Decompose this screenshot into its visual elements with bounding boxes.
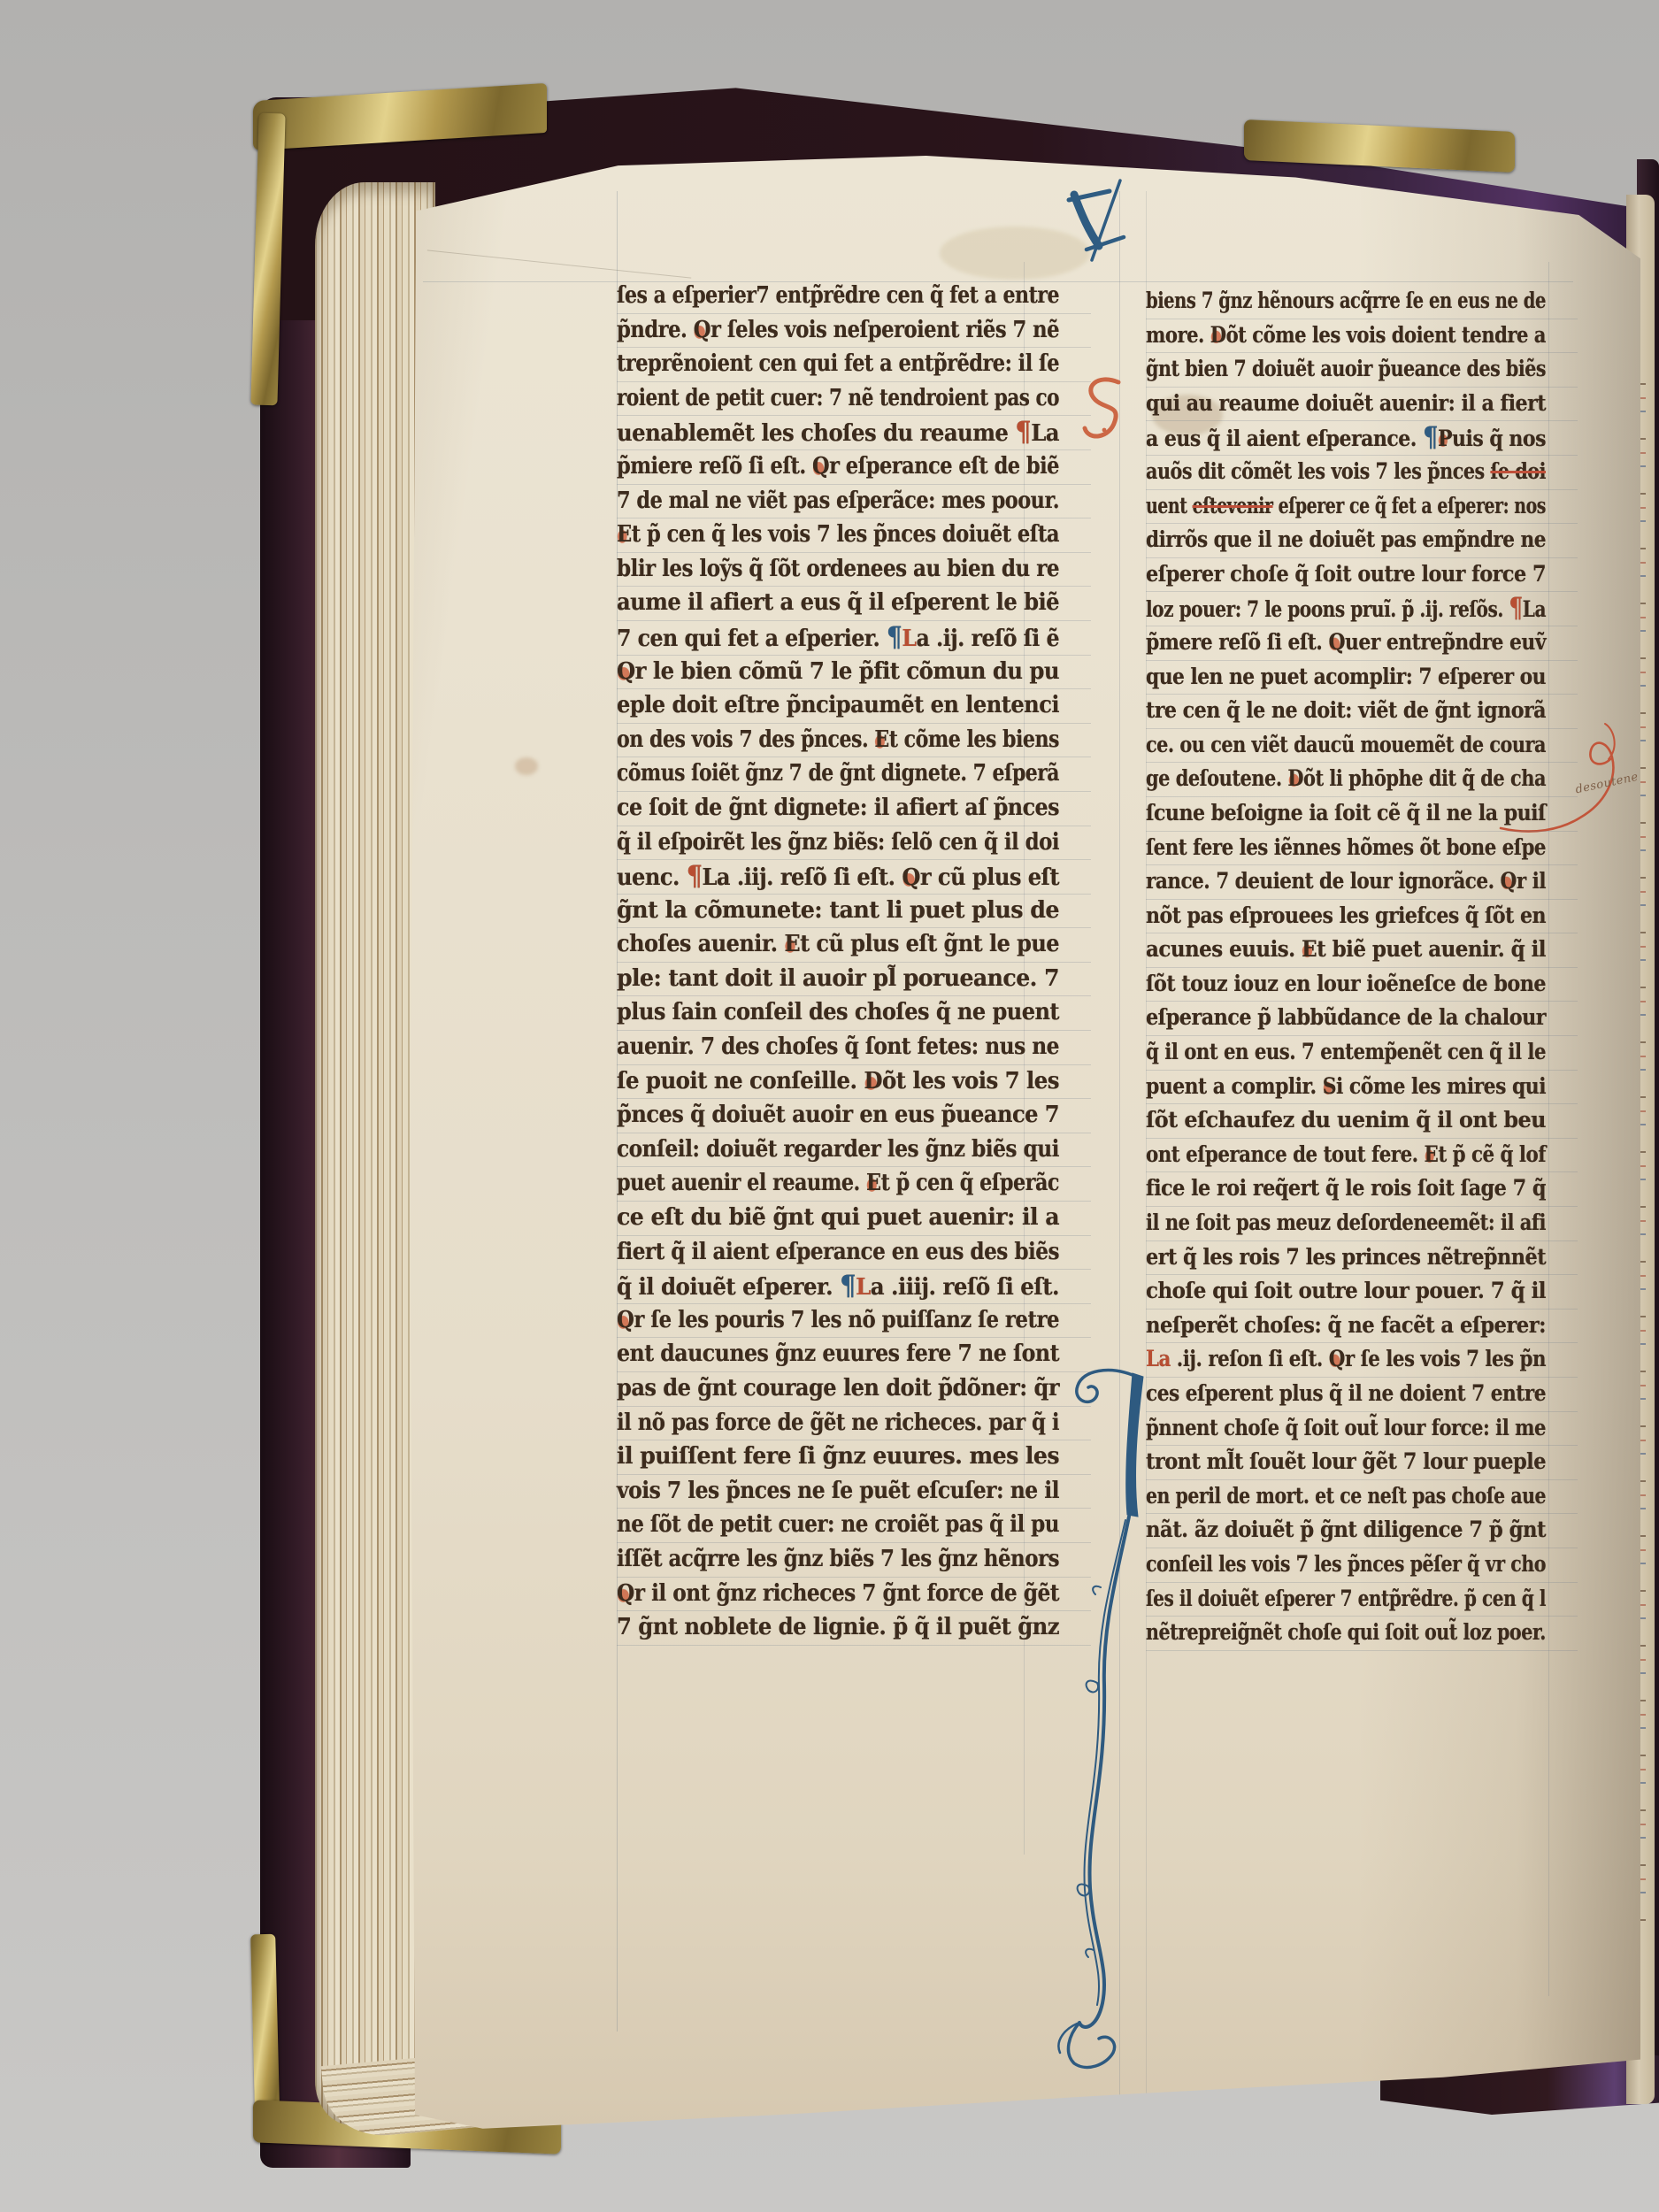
- text-segment: E: [617, 521, 632, 548]
- text-line: p̃miere reſõ ſi eſt. Qr eſperance eſt de…: [617, 450, 1091, 485]
- text-segment: il ne ſoit pas meuz deſordeneemẽt: il af…: [1146, 1210, 1546, 1235]
- text-column-right: biens 7 g̃nz hẽnours acq̃rre ſe en eus n…: [1130, 285, 1594, 1651]
- text-line: nõt pas eſprouees les griefces q̃ ſõt en: [1146, 900, 1578, 934]
- text-segment: La: [1523, 596, 1546, 622]
- text-segment: ſes a eſperier7 entp̃rẽdre cen q̃ fet a …: [617, 282, 1059, 309]
- text-segment: 7 g̃nt noblete de lignie. p̃ q̃ il puẽt …: [617, 1614, 1059, 1640]
- text-line: ſent fere les iẽnnes hõmes õt bone eſpe: [1146, 832, 1578, 866]
- text-segment: il nõ pas force de g̃ẽt ne richeces. par…: [617, 1409, 1059, 1436]
- text-line: ge deſoutene. Dõt li phōphe dit q̃ de ch…: [1146, 763, 1578, 797]
- text-column-left: ſes a eſperier7 entp̃rẽdre cen q̃ fet a …: [601, 280, 1107, 1646]
- text-line: il puiſſent fere ſi g̃nz euures. mes les: [617, 1440, 1091, 1475]
- text-line: plus ſain conſeil des choſes q̃ ne puent: [617, 996, 1091, 1031]
- text-segment: uis q̃ nos: [1452, 426, 1546, 451]
- text-segment: ſes il doiuẽt eſperer 7 entp̃rẽdre. p̃ c…: [1146, 1586, 1546, 1611]
- text-segment: en peril de mort. et ce neſt pas choſe a…: [1146, 1483, 1546, 1509]
- text-segment: ne ſõt de petit cuer: ne croiẽt pas q̃ i…: [617, 1511, 1059, 1538]
- rubric-segment: ¶: [1015, 416, 1031, 448]
- text-segment: 7 cen qui fet a eſperier.: [617, 626, 887, 652]
- text-line: conſeil les vois 7 les p̃nces pẽſer q̃ v…: [1146, 1548, 1578, 1583]
- text-line: ſcune beſoigne ia ſoit cẽ q̃ il ne la pu…: [1146, 797, 1578, 832]
- text-segment: a .ij. reſõ ſi ẽ: [916, 626, 1059, 652]
- text-line: ne ſõt de petit cuer: ne croiẽt pas q̃ i…: [617, 1509, 1091, 1543]
- text-segment: eple doit eſtre p̃ncipaumẽt en lentenci: [617, 692, 1059, 718]
- text-segment: ſe puoit ne conſeille.: [617, 1068, 864, 1094]
- text-segment: r ſeles vois neſperoient riẽs 7 nẽ: [710, 317, 1059, 343]
- text-line: choſes auenir. Et cũ plus eſt g̃nt le pu…: [617, 928, 1091, 963]
- text-line: p̃nces q̃ doiuẽt auoir en eus p̃ueance 7: [617, 1099, 1091, 1133]
- parchment-scratch: [427, 250, 691, 278]
- text-segment: p̃nnent choſe q̃ ſoit out̃ lour force: i…: [1146, 1415, 1546, 1440]
- manuscript-page: V desoutene: [409, 156, 1640, 2131]
- text-line: more. Dõt cõme les vois doient tendre a: [1146, 319, 1578, 354]
- text-line: fiert q̃ il aient eſperance en eus des b…: [617, 1236, 1091, 1271]
- text-segment: puent a complir.: [1146, 1073, 1323, 1099]
- text-segment: loz pouer: 7 le poons pruĩ. p̃ .ij. reſõ…: [1146, 596, 1509, 622]
- text-line: nãt. ãz doiuẽt p̃ g̃nt diligence 7 p̃ g̃…: [1146, 1514, 1578, 1548]
- text-line: qui au reaume doiuẽt auenir: il a fiert: [1146, 388, 1578, 422]
- rubric-segment: ¶: [1423, 421, 1438, 453]
- text-line: p̃nnent choſe q̃ ſoit out̃ lour force: i…: [1146, 1412, 1578, 1447]
- text-segment: E: [1302, 936, 1317, 962]
- text-segment: r cũ plus eſt: [920, 864, 1059, 891]
- text-segment: E: [1425, 1141, 1439, 1167]
- text-segment: nõt pas eſprouees les griefces q̃ ſõt en: [1146, 902, 1546, 928]
- text-segment: choſes auenir.: [617, 931, 784, 957]
- text-line: ple: tant doit il auoir pl̃ porueance. 7: [617, 963, 1091, 997]
- text-line: ſes a eſperier7 entp̃rẽdre cen q̃ fet a …: [617, 280, 1091, 314]
- text-segment: Q: [617, 658, 635, 685]
- text-line: uent eſtevenir eſperer ce q̃ fet a eſper…: [1146, 490, 1578, 525]
- text-segment: puet auenir el reaume.: [617, 1170, 866, 1196]
- text-segment: La .iij. reſõ ſi eſt.: [702, 864, 902, 891]
- text-line: fice le roi req̃ert q̃ le rois ſoit ſage…: [1146, 1172, 1578, 1207]
- text-line: conſeil: doiuẽt regarder les g̃nz biẽs q…: [617, 1133, 1091, 1168]
- text-segment: uenablemẽt les choſes du reaume: [617, 420, 1015, 447]
- text-segment: a eus q̃ il aient eſperance.: [1146, 426, 1423, 451]
- text-line: uenablemẽt les choſes du reaume ¶La: [617, 416, 1091, 450]
- text-line: treprẽnoient cen qui fet a entp̃rẽdre: i…: [617, 348, 1091, 382]
- text-segment: D: [1287, 765, 1303, 791]
- text-line: Et p̃ cen q̃ les vois 7 les p̃nces doiuẽ…: [617, 518, 1091, 553]
- text-segment: qui au reaume doiuẽt auenir: il a fiert: [1146, 390, 1546, 416]
- text-line: eſperer choſe q̃ ſoit outre lour force 7: [1146, 558, 1578, 593]
- text-line: p̃mere reſõ ſi eſt. Quer entrep̃ndre euṽ: [1146, 626, 1578, 661]
- text-segment: p̃mere reſõ ſi eſt.: [1146, 629, 1329, 655]
- text-segment: r il: [1517, 868, 1546, 894]
- text-segment: E: [784, 931, 800, 957]
- text-segment: 7 de mal ne viẽt pas eſperãce: mes poour…: [617, 488, 1059, 514]
- text-line: 7 de mal ne viẽt pas eſperãce: mes poour…: [617, 485, 1091, 519]
- text-line: eſperance p̃ labbũdance de la chalour: [1146, 1002, 1578, 1036]
- text-segment: ſõt eſchaufez du uenim q̃ il ont beu: [1146, 1107, 1546, 1133]
- text-segment: t p̃ cẽ q̃ lof: [1438, 1141, 1546, 1167]
- text-line: auenir. 7 des choſes q̃ ſont fetes: nus …: [617, 1031, 1091, 1065]
- parchment-stain: [515, 757, 538, 775]
- text-line: tront ml̃t ſouẽt lour g̃ẽt 7 lour pueple: [1146, 1446, 1578, 1480]
- text-segment: ce ſoit de g̃nt dignete: il afiert aſ p̃…: [617, 795, 1059, 821]
- text-segment: vois 7 les p̃nces ne ſe puẽt eſcuſer: ne…: [617, 1478, 1059, 1504]
- text-segment: nẽtrepreig̃nẽt choſe qui ſoit out̃ loz p…: [1146, 1619, 1546, 1645]
- text-segment: g̃nt la cõmunete: tant li puet plus de: [617, 897, 1059, 924]
- text-line: uenc. ¶La .iij. reſõ ſi eſt. Qr cũ plus …: [617, 860, 1091, 895]
- text-segment: r il ont g̃nz richeces 7 g̃nt force de g…: [634, 1580, 1059, 1607]
- text-segment: ſe doi: [1490, 458, 1546, 484]
- text-segment: ſent fere les iẽnnes hõmes õt bone eſpe: [1146, 834, 1546, 860]
- text-segment: auenir. 7 des choſes q̃ ſont fetes: nus …: [617, 1033, 1059, 1060]
- text-segment: Q: [617, 1580, 634, 1607]
- rubric-segment: La: [1146, 1346, 1171, 1371]
- text-segment: p̃ndre.: [617, 317, 694, 343]
- text-segment: i cõme les mires qui: [1336, 1073, 1546, 1099]
- text-line: vois 7 les p̃nces ne ſe puẽt eſcuſer: ne…: [617, 1475, 1091, 1509]
- text-line: Qr ſe les pouris 7 les nõ puiſſanz ſe re…: [617, 1304, 1091, 1339]
- text-segment: D: [864, 1068, 882, 1094]
- text-segment: rance. 7 deuient de lour ignorãce.: [1146, 868, 1501, 894]
- text-line: on des vois 7 des p̃nces. Et cõme les bi…: [617, 724, 1091, 758]
- text-line: neſperẽt choſes: q̃ ne facẽt a eſperer:: [1146, 1310, 1578, 1344]
- text-line: ce. ou cen viẽt daucũ mouemẽt de coura: [1146, 729, 1578, 764]
- text-segment: il puiſſent fere ſi g̃nz euures. mes les: [617, 1443, 1059, 1470]
- text-line: ent daucunes g̃nz euures fere 7 ne ſont: [617, 1338, 1091, 1372]
- text-line: il ne ſoit pas meuz deſordeneemẽt: il af…: [1146, 1207, 1578, 1241]
- text-segment: blir les loỹs q̃ ſõt ordenees au bien du…: [617, 556, 1059, 582]
- text-segment: r eſperance eſt de biẽ: [829, 453, 1059, 480]
- text-segment: ce. ou cen viẽt daucũ mouemẽt de coura: [1146, 732, 1546, 757]
- text-segment: Q: [812, 453, 829, 480]
- text-segment: fiert q̃ il aient eſperance en eus des b…: [617, 1239, 1059, 1265]
- text-segment: .ij. reſon ſi eſt.: [1171, 1346, 1329, 1371]
- text-segment: auõs dit cõmẽt les vois 7 les p̃nces: [1146, 458, 1490, 484]
- text-line: g̃nt bien 7 doiuẽt auoir p̃ueance des bi…: [1146, 353, 1578, 388]
- text-line: en peril de mort. et ce neſt pas choſe a…: [1146, 1480, 1578, 1515]
- text-segment: õt li phōphe dit q̃ de cha: [1303, 765, 1546, 791]
- text-line: 7 cen qui fet a eſperier. ¶La .ij. reſõ …: [617, 621, 1091, 656]
- text-segment: ple: tant doit il auoir pl̃ porueance. 7: [617, 965, 1059, 992]
- text-segment: eſperer ce q̃ fet a eſperer: nos: [1272, 493, 1546, 518]
- text-segment: p̃nces q̃ doiuẽt auoir en eus p̃ueance 7: [617, 1102, 1059, 1128]
- text-line: ſe puoit ne conſeille. Dõt les vois 7 le…: [617, 1065, 1091, 1100]
- text-line: puent a complir. Si cõme les mires qui: [1146, 1071, 1578, 1105]
- rubric-segment: L: [902, 626, 916, 652]
- text-segment: t p̃ cen q̃ les vois 7 les p̃nces doiuẽt…: [632, 521, 1059, 548]
- text-segment: biens 7 g̃nz hẽnours acq̃rre ſe en eus n…: [1146, 288, 1546, 313]
- folio-number-numeral: [1065, 179, 1129, 271]
- text-line: 7 g̃nt noblete de lignie. p̃ q̃ il puẽt …: [617, 1611, 1091, 1646]
- photo-of-manuscript: V desoutene: [0, 0, 1659, 2212]
- text-segment: tront ml̃t ſouẽt lour g̃ẽt 7 lour pueple: [1146, 1448, 1546, 1474]
- text-segment: acunes euuis.: [1146, 936, 1302, 962]
- text-segment: que len ne puet acomplir: 7 eſperer ou: [1146, 664, 1546, 689]
- text-segment: uenc.: [617, 864, 687, 891]
- text-segment: conſeil: doiuẽt regarder les g̃nz biẽs q…: [617, 1136, 1059, 1163]
- rubric-segment: ¶: [687, 860, 703, 892]
- text-segment: eſperer choſe q̃ ſoit outre lour force 7: [1146, 561, 1546, 587]
- text-segment: iſſẽt acq̃rre les g̃nz biẽs 7 les g̃nz h…: [617, 1546, 1059, 1572]
- text-line: p̃ndre. Qr ſeles vois neſperoient riẽs 7…: [617, 314, 1091, 349]
- rubric-segment: ¶: [887, 621, 902, 653]
- text-line: ont eſperance de tout fere. Et p̃ cẽ q̃ …: [1146, 1139, 1578, 1173]
- text-segment: õt cõme les vois doient tendre a: [1226, 322, 1546, 348]
- text-line: acunes euuis. Et biẽ puet auenir. q̃ il: [1146, 933, 1578, 968]
- text-line: ſes il doiuẽt eſperer 7 entp̃rẽdre. p̃ c…: [1146, 1583, 1578, 1617]
- text-segment: t cõme les biens: [889, 726, 1059, 753]
- text-line: choſe qui ſoit outre lour pouer. 7 q̃ il: [1146, 1275, 1578, 1310]
- text-line: La .ij. reſon ſi eſt. Qr ſe les vois 7 l…: [1146, 1343, 1578, 1378]
- text-segment: fice le roi req̃ert q̃ le rois ſoit ſage…: [1146, 1175, 1546, 1201]
- rubric-segment: ¶: [1509, 592, 1522, 624]
- text-segment: E: [866, 1170, 881, 1196]
- text-line: il nõ pas force de g̃ẽt ne richeces. par…: [617, 1407, 1091, 1441]
- text-line: Qr le bien cõmũ 7 le p̃fit cõmun du pu: [617, 656, 1091, 690]
- text-segment: La: [1031, 420, 1059, 447]
- text-segment: aume il afiert a eus q̃ il eſperent le b…: [617, 589, 1059, 616]
- text-segment: neſperẽt choſes: q̃ ne facẽt a eſperer:: [1146, 1312, 1546, 1338]
- text-segment: q̃ il eſpoirẽt les g̃nz biẽs: ſelõ cen q…: [617, 829, 1059, 856]
- rubric-segment: L: [856, 1274, 871, 1301]
- text-segment: Q: [1501, 868, 1517, 894]
- text-segment: t cũ plus eſt g̃nt le pue: [800, 931, 1059, 957]
- text-line: pas de g̃nt courage len doit p̃dõner: q̃…: [617, 1372, 1091, 1407]
- text-segment: r le bien cõmũ 7 le p̃fit cõmun du pu: [635, 658, 1059, 685]
- text-segment: cõmus ſoiẽt g̃nz 7 de g̃nt dignete. 7 eſ…: [617, 760, 1059, 787]
- text-segment: ſõt touz iouz en lour ioẽneſce de bone: [1146, 971, 1546, 996]
- text-segment: uer entrep̃ndre euṽ: [1345, 629, 1546, 655]
- text-segment: r ſe les vois 7 les p̃n: [1345, 1346, 1546, 1371]
- text-line: ce ſoit de g̃nt dignete: il afiert aſ p̃…: [617, 792, 1091, 826]
- text-segment: q̃ il ont en eus. 7 entemp̃enẽt cen q̃ i…: [1146, 1039, 1546, 1064]
- text-segment: Q: [694, 317, 710, 343]
- text-line: q̃ il eſpoirẽt les g̃nz biẽs: ſelõ cen q…: [617, 826, 1091, 861]
- text-line: cõmus ſoiẽt g̃nz 7 de g̃nt dignete. 7 eſ…: [617, 757, 1091, 792]
- text-segment: r ſe les pouris 7 les nõ puiſſanz ſe ret…: [634, 1307, 1059, 1333]
- text-segment: t p̃ cen q̃ eſperãc: [881, 1170, 1059, 1196]
- text-segment: g̃nt bien 7 doiuẽt auoir p̃ueance des bi…: [1146, 356, 1546, 381]
- rubric-segment: ¶: [840, 1270, 856, 1302]
- text-line: eple doit eſtre p̃ncipaumẽt en lentenci: [617, 689, 1091, 724]
- text-line: blir les loỹs q̃ ſõt ordenees au bien du…: [617, 553, 1091, 588]
- text-line: q̃ il ont en eus. 7 entemp̃enẽt cen q̃ i…: [1146, 1036, 1578, 1071]
- text-segment: Q: [1329, 1346, 1345, 1371]
- text-line: roient de petit cuer: 7 nẽ tendroient pa…: [617, 382, 1091, 417]
- text-segment: ge deſoutene.: [1146, 765, 1287, 791]
- text-line: dirrõs que il ne doiuẽt pas emp̃ndre ne: [1146, 524, 1578, 558]
- text-segment: ce eſt du biẽ g̃nt qui puet auenir: il a: [617, 1204, 1059, 1231]
- text-segment: pas de g̃nt courage len doit p̃dõner: q̃…: [617, 1375, 1059, 1402]
- text-line: g̃nt la cõmunete: tant li puet plus de: [617, 895, 1091, 929]
- text-segment: conſeil les vois 7 les p̃nces pẽſer q̃ v…: [1146, 1551, 1546, 1577]
- text-segment: P: [1438, 426, 1452, 451]
- text-line: ces eſperent plus q̃ il ne doient 7 entr…: [1146, 1378, 1578, 1412]
- text-segment: roient de petit cuer: 7 nẽ tendroient pa…: [617, 385, 1059, 411]
- text-line: ce eſt du biẽ g̃nt qui puet auenir: il a: [617, 1202, 1091, 1236]
- text-segment: t biẽ puet auenir. q̃ il: [1317, 936, 1546, 962]
- text-line: ſõt eſchaufez du uenim q̃ il ont beu: [1146, 1104, 1578, 1139]
- text-segment: nãt. ãz doiuẽt p̃ g̃nt diligence 7 p̃ g̃…: [1146, 1517, 1546, 1542]
- text-segment: more.: [1146, 322, 1210, 348]
- text-segment: ces eſperent plus q̃ il ne doient 7 entr…: [1146, 1380, 1546, 1406]
- text-line: iſſẽt acq̃rre les g̃nz biẽs 7 les g̃nz h…: [617, 1543, 1091, 1578]
- text-line: que len ne puet acomplir: 7 eſperer ou: [1146, 661, 1578, 695]
- text-segment: q̃ il doiuẽt eſperer.: [617, 1274, 840, 1301]
- text-segment: uent: [1146, 493, 1193, 518]
- text-line: ert q̃ les rois 7 les princes nẽtrep̃nnẽ…: [1146, 1241, 1578, 1276]
- text-segment: S: [1323, 1073, 1336, 1099]
- text-segment: p̃miere reſõ ſi eſt.: [617, 453, 812, 480]
- text-line: aume il afiert a eus q̃ il eſperent le b…: [617, 587, 1091, 621]
- text-line: q̃ il doiuẽt eſperer. ¶La .iiij. reſõ ſi…: [617, 1270, 1091, 1304]
- text-segment: Q: [617, 1307, 634, 1333]
- text-segment: Q: [1329, 629, 1346, 655]
- text-line: tre cen q̃ le ne doit: viẽt de g̃nt igno…: [1146, 695, 1578, 729]
- text-segment: Q: [902, 864, 920, 891]
- text-line: ſõt touz iouz en lour ioẽneſce de bone: [1146, 968, 1578, 1002]
- text-segment: plus ſain conſeil des choſes q̃ ne puent: [617, 999, 1059, 1025]
- text-line: rance. 7 deuient de lour ignorãce. Qr il: [1146, 865, 1578, 900]
- text-segment: D: [1210, 322, 1226, 348]
- text-line: auõs dit cõmẽt les vois 7 les p̃nces ſe …: [1146, 456, 1578, 490]
- text-segment: ont eſperance de tout fere.: [1146, 1141, 1425, 1167]
- text-segment: on des vois 7 des p̃nces.: [617, 726, 874, 753]
- text-segment: eſperance p̃ labbũdance de la chalour: [1146, 1004, 1546, 1030]
- text-line: puet auenir el reaume. Et p̃ cen q̃ eſpe…: [617, 1167, 1091, 1202]
- text-segment: õt les vois 7 les: [882, 1068, 1059, 1094]
- text-segment: treprẽnoient cen qui fet a entp̃rẽdre: i…: [617, 350, 1059, 377]
- text-line: a eus q̃ il aient eſperance. ¶Puis q̃ no…: [1146, 421, 1578, 456]
- text-line: nẽtrepreig̃nẽt choſe qui ſoit out̃ loz p…: [1146, 1617, 1578, 1651]
- text-segment: ſcune beſoigne ia ſoit cẽ q̃ il ne la pu…: [1146, 800, 1546, 826]
- text-segment: a .iiij. reſõ ſi eſt.: [871, 1274, 1059, 1301]
- text-segment: tre cen q̃ le ne doit: viẽt de g̃nt igno…: [1146, 697, 1546, 723]
- text-segment: ent daucunes g̃nz euures fere 7 ne ſont: [617, 1340, 1059, 1367]
- text-segment: dirrõs que il ne doiuẽt pas emp̃ndre ne: [1146, 526, 1546, 552]
- text-segment: choſe qui ſoit outre lour pouer. 7 q̃ il: [1146, 1278, 1546, 1303]
- text-segment: eſtevenir: [1193, 493, 1273, 518]
- text-segment: E: [874, 726, 888, 753]
- text-segment: ert q̃ les rois 7 les princes nẽtrep̃nnẽ…: [1146, 1244, 1546, 1270]
- text-line: loz pouer: 7 le poons pruĩ. p̃ .ij. reſõ…: [1146, 592, 1578, 626]
- text-line: Qr il ont g̃nz richeces 7 g̃nt force de …: [617, 1578, 1091, 1612]
- text-line: biens 7 g̃nz hẽnours acq̃rre ſe en eus n…: [1146, 285, 1578, 319]
